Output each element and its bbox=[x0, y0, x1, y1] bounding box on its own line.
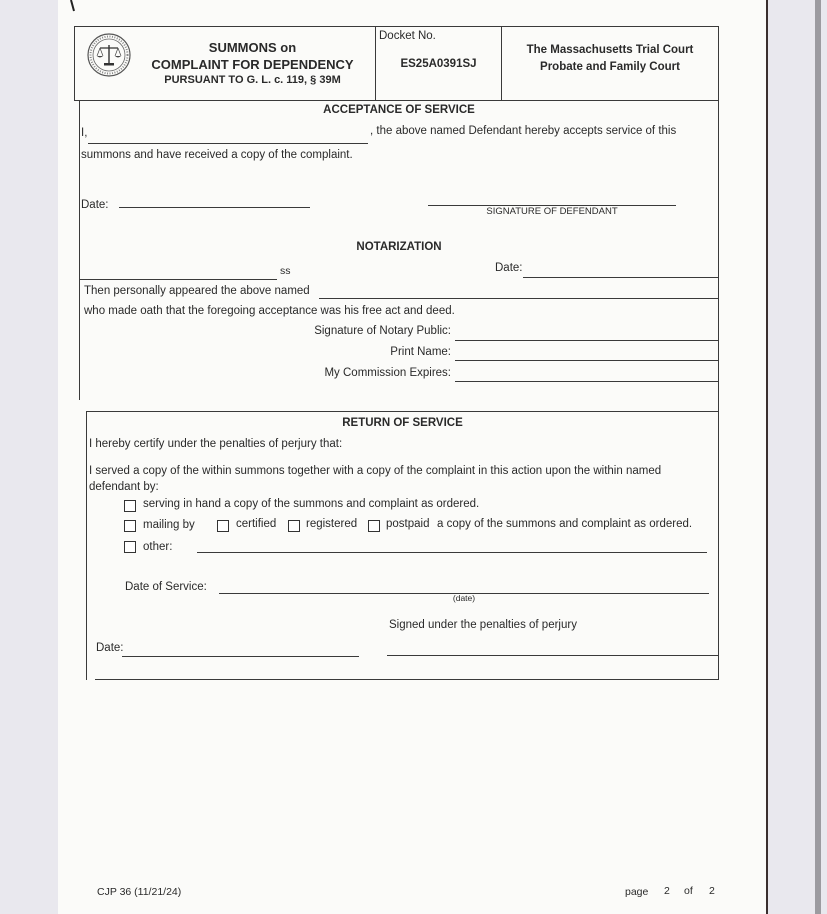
served-text-line1: I served a copy of the within summons to… bbox=[89, 465, 661, 477]
notary-signature-label: Signature of Notary Public: bbox=[180, 325, 451, 337]
header-right-border bbox=[718, 26, 719, 101]
server-signature-field[interactable] bbox=[387, 655, 719, 656]
in-hand-label: serving in hand a copy of the summons an… bbox=[143, 498, 479, 510]
viewer-background bbox=[768, 0, 816, 914]
court-seal-scales-icon bbox=[86, 32, 132, 78]
commission-expires-field[interactable] bbox=[455, 381, 718, 382]
return-top-border bbox=[86, 411, 718, 412]
acceptance-sentence: , the above named Defendant hereby accep… bbox=[370, 125, 676, 137]
page-current: 2 bbox=[664, 885, 670, 897]
form-title-line3: PURSUANT TO G. L. c. 119, § 39M bbox=[140, 74, 365, 86]
acceptance-sentence-line2: summons and have received a copy of the … bbox=[81, 149, 353, 161]
registered-checkbox[interactable] bbox=[288, 520, 300, 532]
form-title-line1: SUMMONS on bbox=[140, 40, 365, 55]
docket-number: ES25A0391SJ bbox=[376, 58, 501, 70]
acceptance-date-label: Date: bbox=[81, 199, 109, 211]
notary-date-field[interactable] bbox=[523, 277, 718, 278]
ss-label: ss bbox=[280, 265, 291, 277]
court-name-line1: The Massachusetts Trial Court bbox=[502, 44, 718, 56]
appeared-name-field[interactable] bbox=[319, 298, 718, 299]
acceptance-heading: ACCEPTANCE OF SERVICE bbox=[80, 104, 718, 116]
oath-text: who made oath that the foregoing accepta… bbox=[84, 305, 455, 317]
of-label: of bbox=[684, 885, 693, 897]
notary-signature-field[interactable] bbox=[455, 340, 718, 341]
other-checkbox[interactable] bbox=[124, 541, 136, 553]
page-total: 2 bbox=[709, 885, 715, 897]
return-heading: RETURN OF SERVICE bbox=[87, 417, 718, 429]
date-of-service-label: Date of Service: bbox=[125, 581, 207, 593]
court-name-line2: Probate and Family Court bbox=[502, 61, 718, 73]
acceptance-prefix: I, bbox=[81, 127, 87, 139]
signature-caption: SIGNATURE OF DEFENDANT bbox=[428, 206, 676, 217]
postpaid-label: postpaid bbox=[386, 518, 429, 530]
certified-checkbox[interactable] bbox=[217, 520, 229, 532]
defendant-name-field[interactable] bbox=[88, 143, 368, 144]
notarization-heading: NOTARIZATION bbox=[80, 241, 718, 253]
form-id: CJP 36 (11/21/24) bbox=[97, 886, 181, 898]
page-label: page bbox=[625, 886, 648, 898]
header-bottom-border bbox=[74, 100, 719, 101]
form-title-line2: COMPLAINT FOR DEPENDENCY bbox=[140, 57, 365, 72]
other-method-field[interactable] bbox=[197, 552, 707, 553]
form-right-border bbox=[718, 100, 719, 680]
print-name-label: Print Name: bbox=[180, 346, 451, 358]
signed-under-penalties: Signed under the penalties of perjury bbox=[389, 619, 577, 631]
other-label: other: bbox=[143, 541, 172, 553]
commission-label: My Commission Expires: bbox=[180, 367, 451, 379]
date-caption: (date) bbox=[219, 593, 709, 603]
served-text-line2: defendant by: bbox=[89, 481, 159, 493]
certified-label: certified bbox=[236, 518, 276, 530]
print-name-field[interactable] bbox=[455, 360, 718, 361]
pen-mark bbox=[70, 0, 76, 12]
certify-text: I hereby certify under the penalties of … bbox=[89, 438, 342, 450]
return-left-border bbox=[86, 411, 87, 680]
header-top-border bbox=[74, 26, 719, 27]
mailing-by-checkbox[interactable] bbox=[124, 520, 136, 532]
appeared-label: Then personally appeared the above named bbox=[84, 285, 310, 297]
county-field[interactable] bbox=[80, 279, 277, 280]
return-bottom-border bbox=[95, 679, 719, 680]
in-hand-checkbox[interactable] bbox=[124, 500, 136, 512]
return-date-label: Date: bbox=[96, 642, 124, 654]
registered-label: registered bbox=[306, 518, 357, 530]
scrollbar[interactable] bbox=[815, 0, 821, 914]
mailing-rest-text: a copy of the summons and complaint as o… bbox=[437, 518, 692, 530]
acceptance-date-field[interactable] bbox=[119, 207, 310, 208]
docket-label: Docket No. bbox=[379, 30, 436, 42]
header-left-border bbox=[74, 26, 75, 101]
document-page bbox=[58, 0, 768, 914]
return-date-field[interactable] bbox=[122, 656, 359, 657]
postpaid-checkbox[interactable] bbox=[368, 520, 380, 532]
notary-date-label: Date: bbox=[495, 262, 523, 274]
mailing-by-label: mailing by bbox=[143, 519, 195, 531]
